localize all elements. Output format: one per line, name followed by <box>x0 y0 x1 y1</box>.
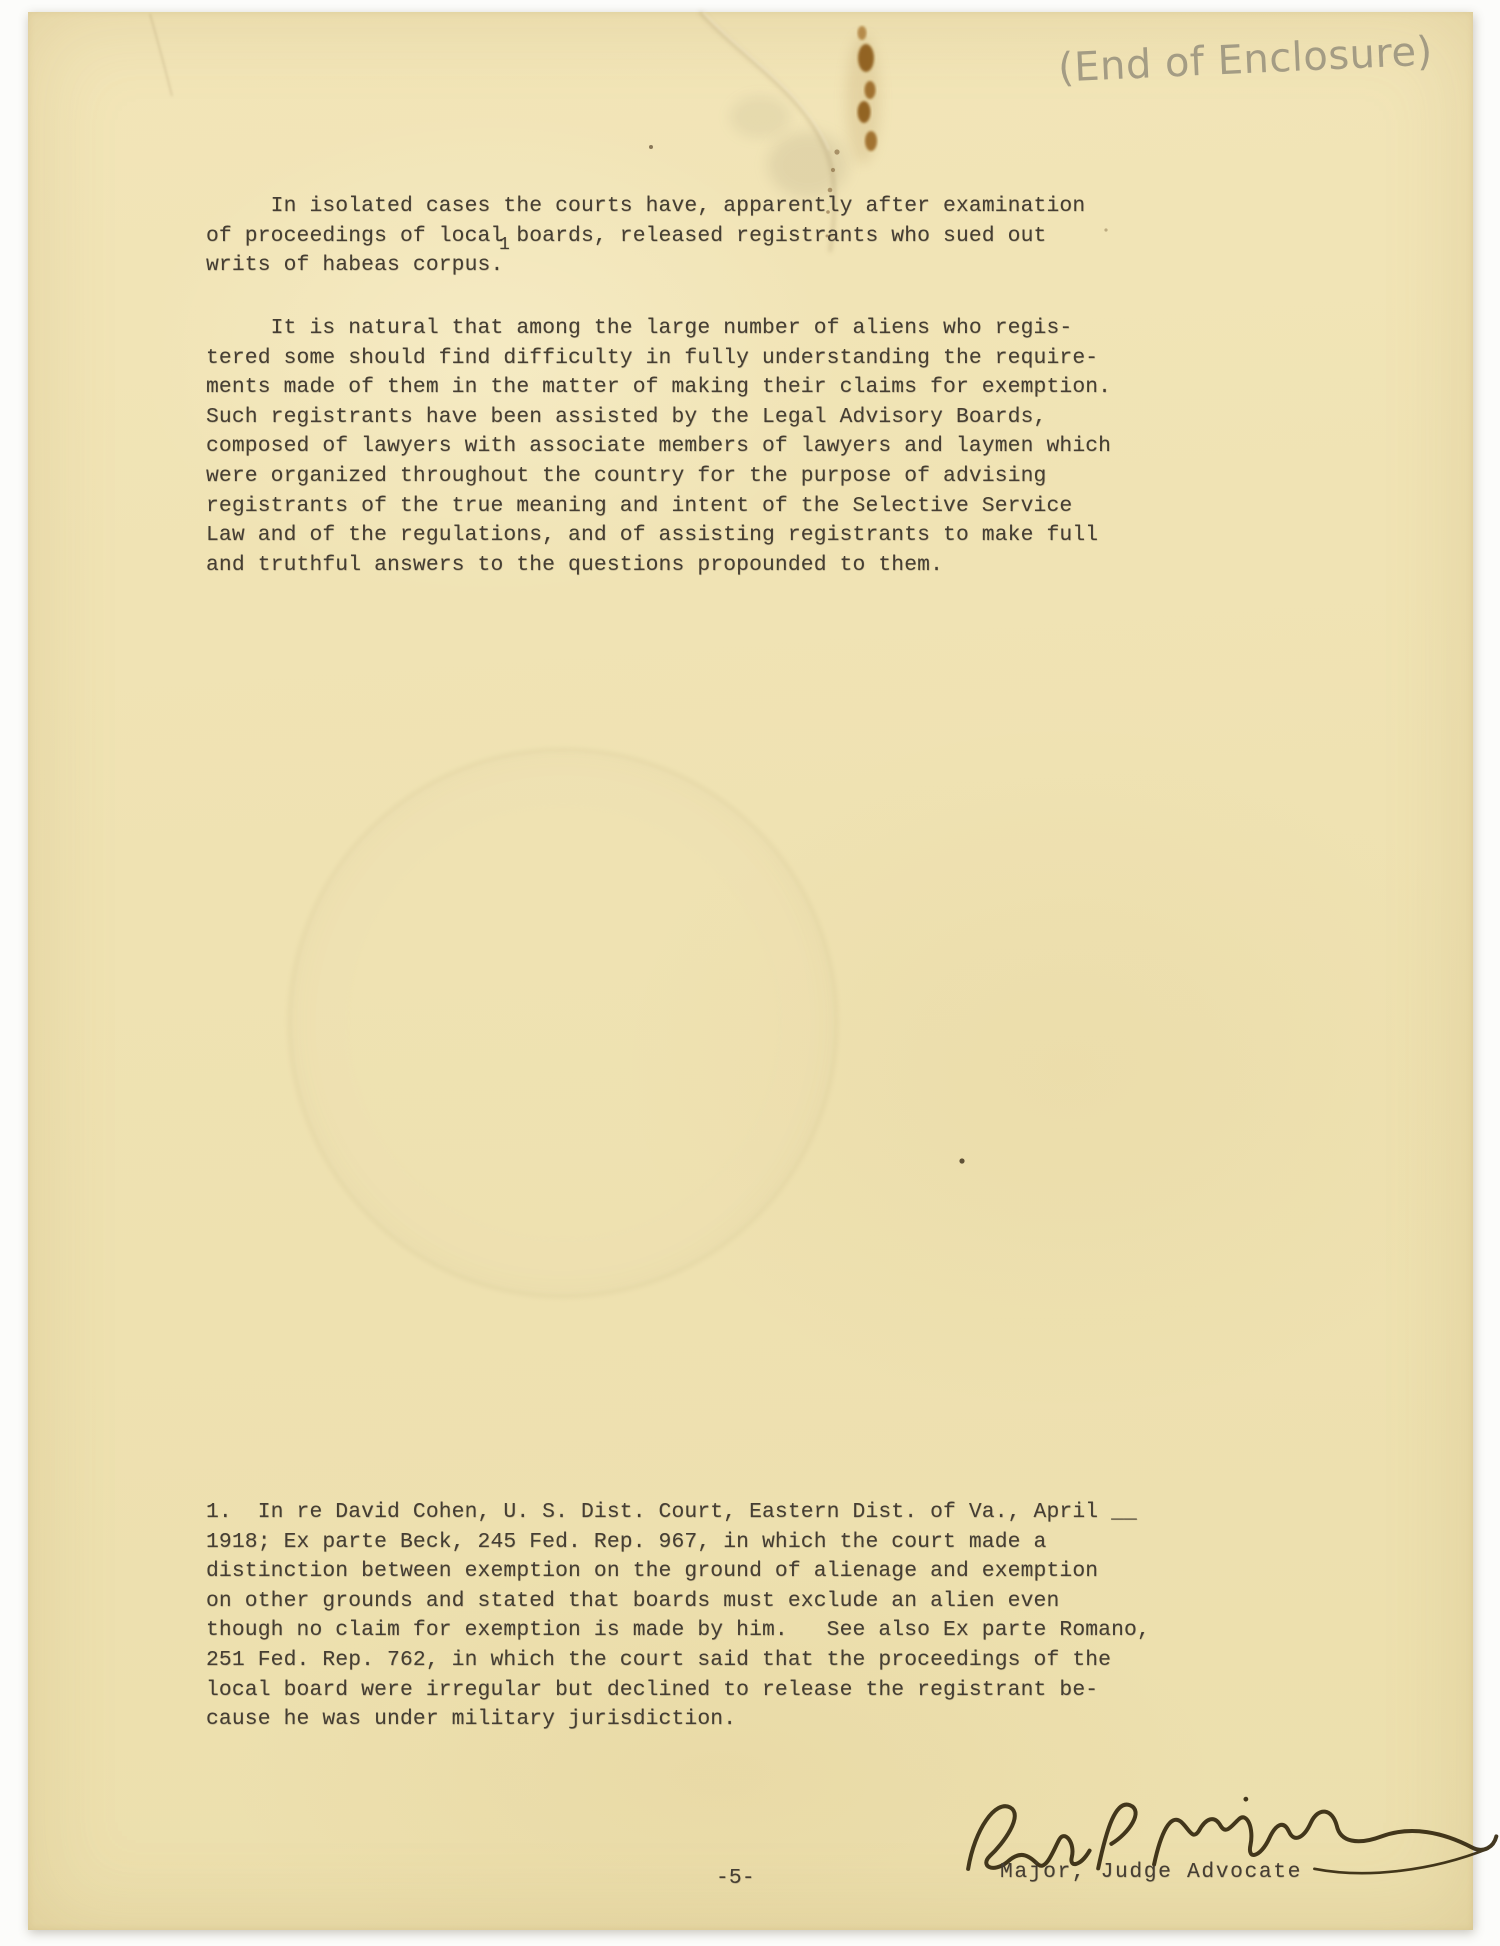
page-number: -5- <box>716 1864 755 1894</box>
paragraph-1: In isolated cases the courts have, appar… <box>206 192 1166 281</box>
footnote-reference-superscript: 1 <box>499 236 510 254</box>
signature-title: Major, Judge Advocate <box>1000 1858 1302 1888</box>
footnote-text: 1. In re David Cohen, U. S. Dist. Court,… <box>206 1498 1196 1735</box>
scan-background: (End of Enclosure) In isolated cases the… <box>0 0 1500 1946</box>
paragraph-2: It is natural that among the large numbe… <box>206 314 1166 580</box>
